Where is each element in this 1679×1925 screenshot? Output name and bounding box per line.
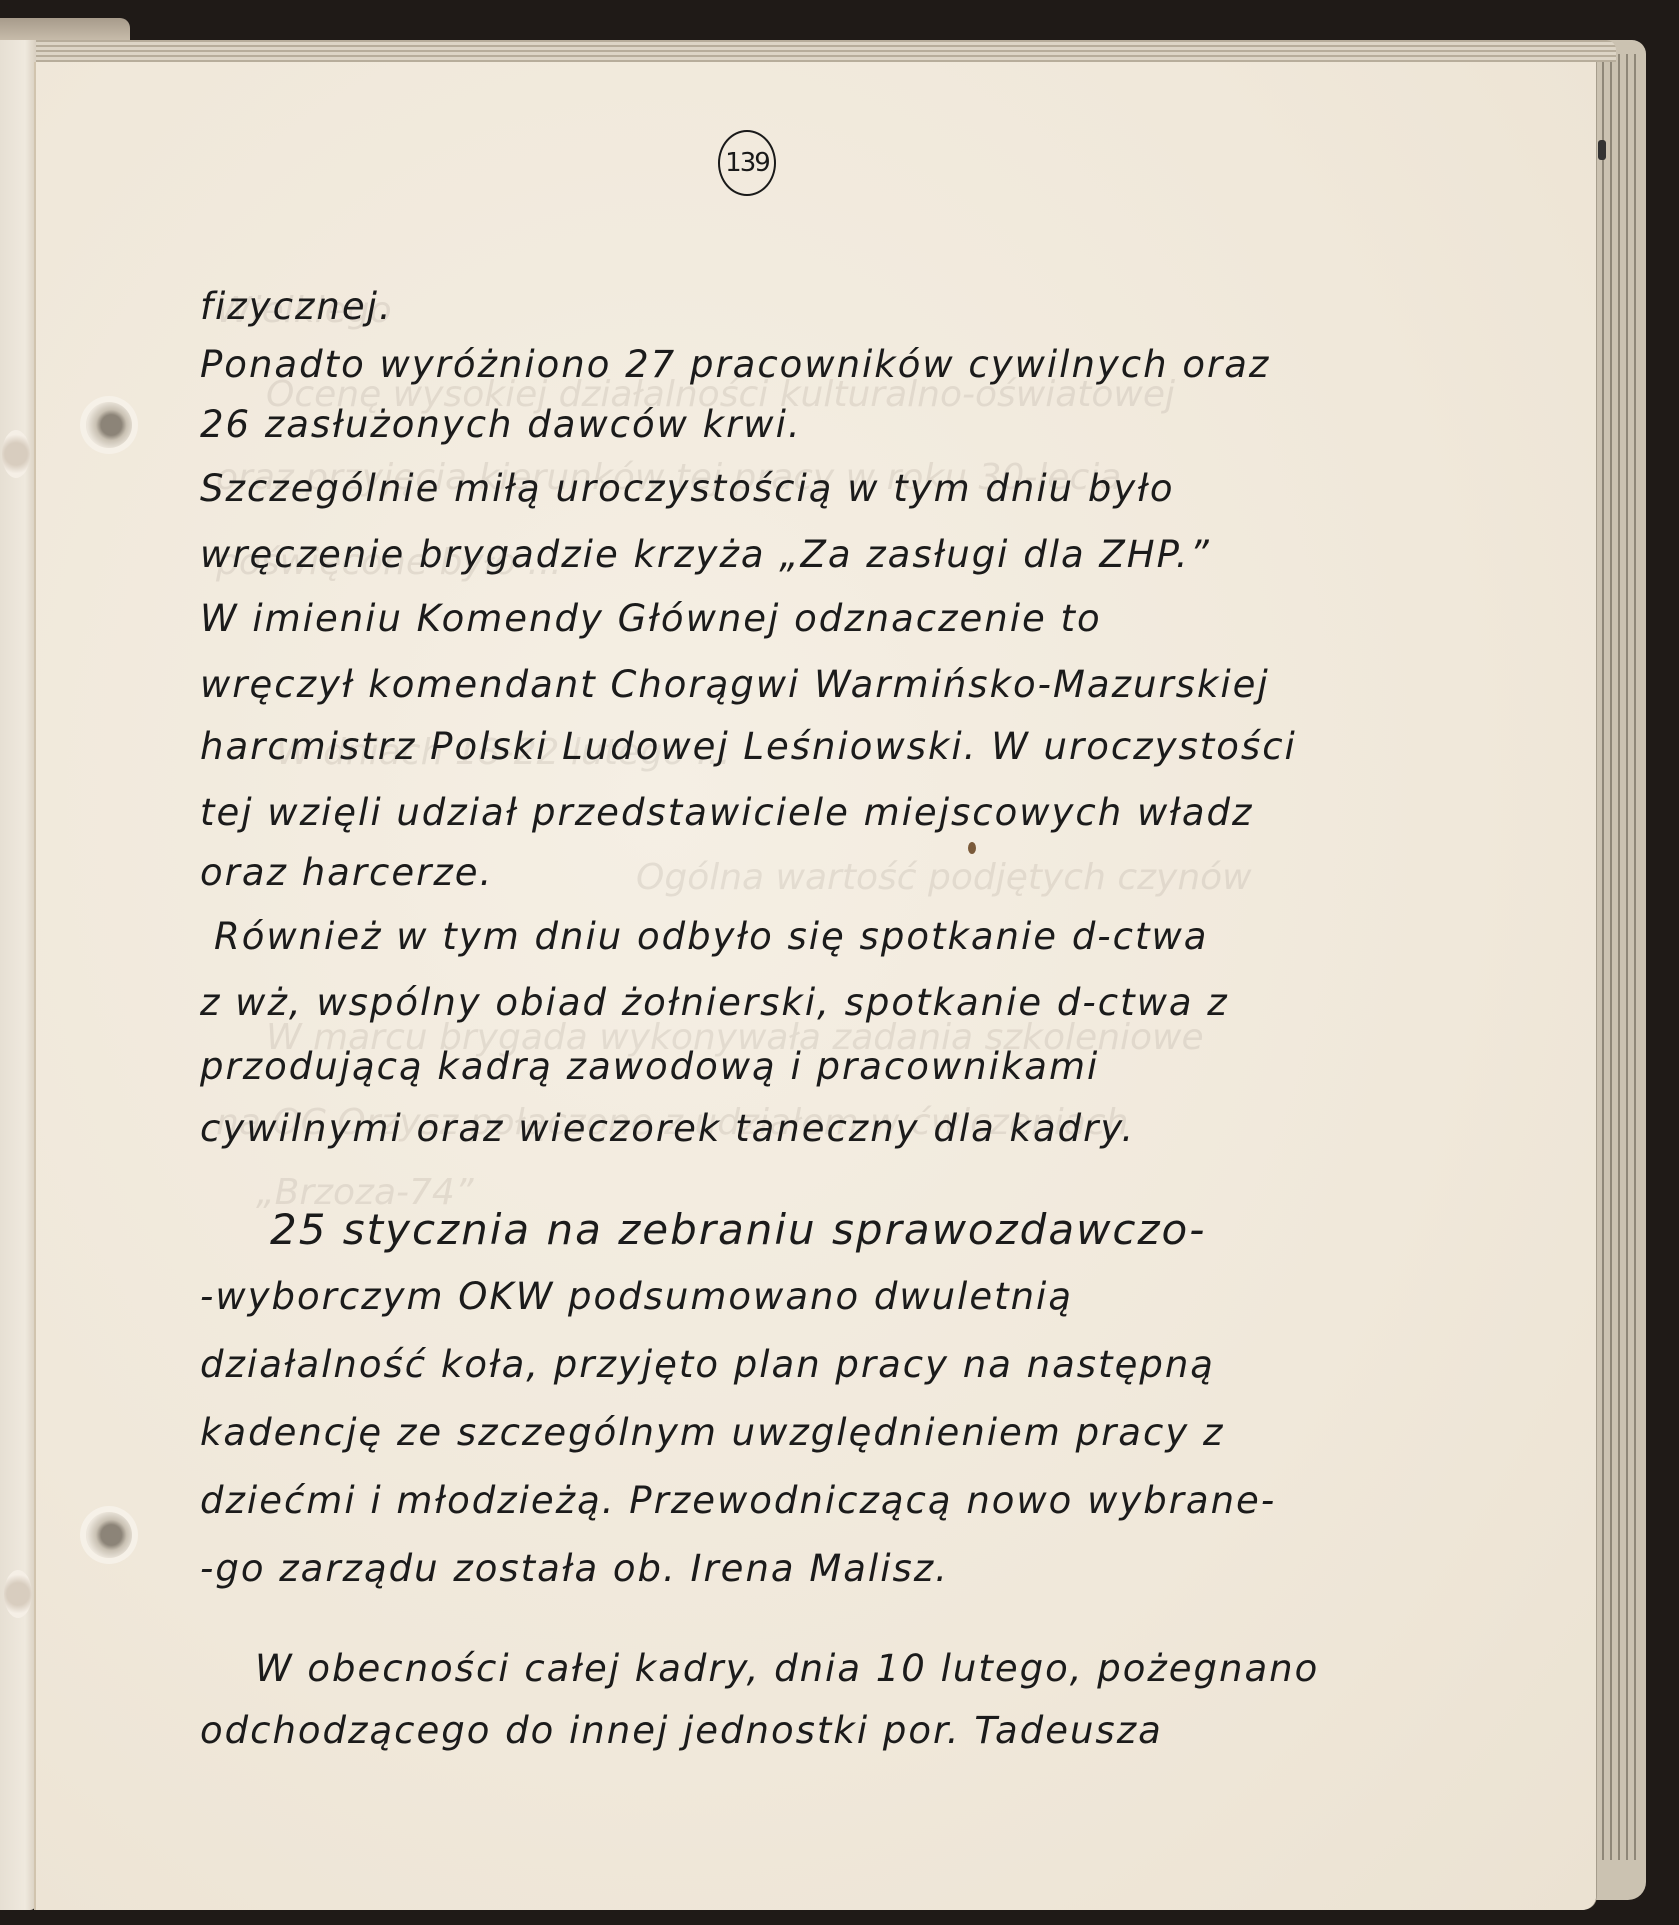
text-line: cywilnymi oraz wieczorek taneczny dla ka… <box>200 1107 1135 1150</box>
text-line: Ponadto wyróżniono 27 pracowników cywiln… <box>200 343 1270 386</box>
top-page-edges <box>36 40 1616 62</box>
text-line: z wż, wspólny obiad żołnierski, spotkani… <box>200 981 1229 1024</box>
text-line: 26 zasłużonych dawców krwi. <box>200 403 802 446</box>
page-edge-line <box>1602 54 1604 1860</box>
page-edge-line <box>1610 54 1612 1860</box>
text-line: dziećmi i młodzieżą. Przewodniczącą nowo… <box>200 1479 1276 1522</box>
text-line: odchodzącego do innej jednostki por. Tad… <box>200 1709 1163 1752</box>
text-line: -go zarządu została ob. Irena Malisz. <box>200 1547 949 1590</box>
text-line: przodującą kadrą zawodową i pracownikami <box>200 1045 1099 1088</box>
punch-hole-bottom <box>86 1512 132 1558</box>
text-line: tej wzięli udział przedstawiciele miejsc… <box>200 791 1253 834</box>
text-line: Szczególnie miłą uroczystością w tym dni… <box>200 467 1175 510</box>
ink-spot <box>968 842 976 854</box>
page-edge-line <box>1618 54 1620 1860</box>
text-line: Również w tym dniu odbyło się spotkanie … <box>214 915 1208 958</box>
page-number-badge: 139 <box>718 130 776 196</box>
text-line: wręczył komendant Chorągwi Warmińsko-Maz… <box>200 663 1270 706</box>
edge-mark <box>1598 140 1606 160</box>
page-edge-line <box>1634 54 1636 1860</box>
text-line: fizycznej. <box>200 285 393 328</box>
punch-hole-left-top <box>2 430 30 478</box>
text-line: -wyborczym OKW podsumowano dwuletnią <box>200 1275 1073 1318</box>
punch-hole-left-bottom <box>4 1570 32 1618</box>
bleed-through-line: Ogólna wartość podjętych czynów <box>636 857 1252 898</box>
text-line: oraz harcerze. <box>200 851 493 894</box>
text-line: działalność koła, przyjęto plan pracy na… <box>200 1343 1215 1386</box>
previous-page-edge <box>0 40 36 1910</box>
text-line: harcmistrz Polski Ludowej Leśniowski. W … <box>200 725 1297 768</box>
text-line: W imieniu Komendy Głównej odznaczenie to <box>200 597 1102 640</box>
text-line: wręczenie brygadzie krzyża „Za zasługi d… <box>200 533 1211 576</box>
page-edge-line <box>1626 54 1628 1860</box>
punch-hole-top <box>86 402 132 448</box>
text-line: 25 stycznia na zebraniu sprawozdawczo- <box>270 1205 1206 1254</box>
text-line: kadencję ze szczególnym uwzględnieniem p… <box>200 1411 1224 1454</box>
text-line: W obecności całej kadry, dnia 10 lutego,… <box>255 1647 1319 1690</box>
